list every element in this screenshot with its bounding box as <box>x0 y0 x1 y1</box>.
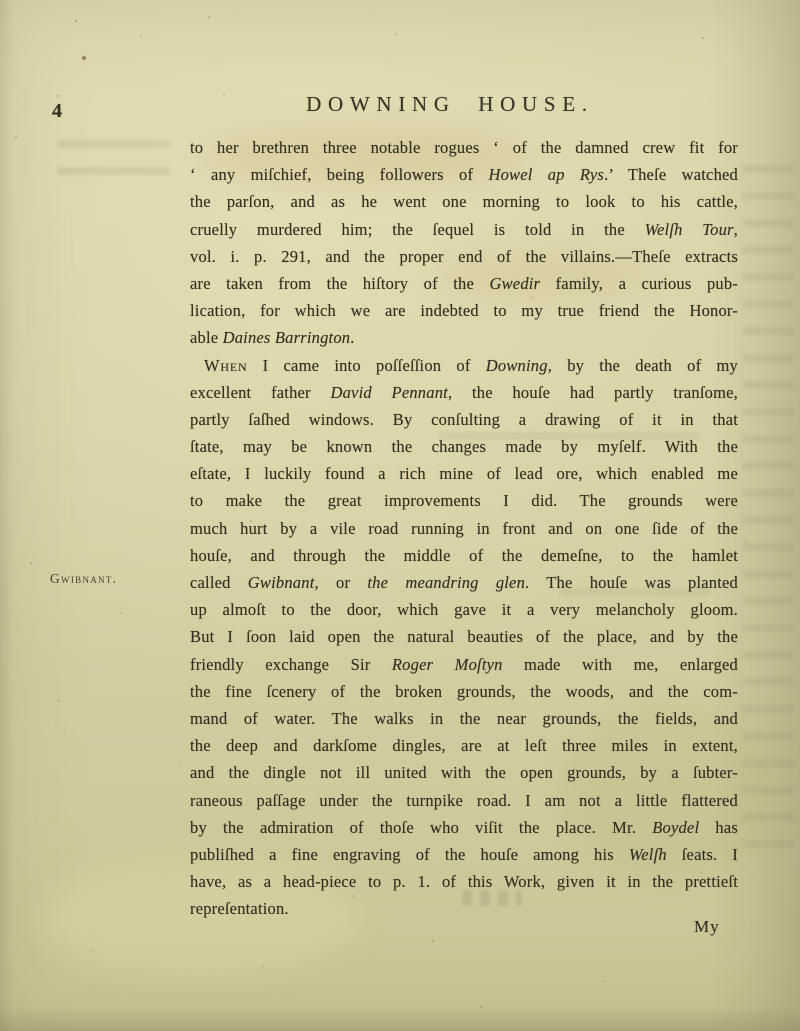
foxing-speckles <box>0 0 2 2</box>
margin-note: Gwibnant. <box>50 571 117 587</box>
text-line: partly ſaſhed windows. By conſulting a d… <box>190 406 738 433</box>
text-line: the deep and darkſome dingles, are at le… <box>190 732 738 759</box>
text-line: vol. i. p. 291, and the proper end of th… <box>190 243 738 270</box>
text-line: But I ſoon laid open the natural beautie… <box>190 623 738 650</box>
text-line: repreſentation. <box>190 895 738 922</box>
book-page: 4 DOWNING HOUSE. Gwibnant. to her brethr… <box>0 0 800 1031</box>
text-line: the fine ſcenery of the broken grounds, … <box>190 678 738 705</box>
text-line: ‘ any miſchief, being followers of Howel… <box>190 161 738 188</box>
showthrough-ghost <box>58 140 170 188</box>
text-line: able Daines Barrington. <box>190 324 738 351</box>
text-line: houſe, and through the middle of the dem… <box>190 542 738 569</box>
text-line: are taken from the hiſtory of the Gwedir… <box>190 270 738 297</box>
text-line: friendly exchange Sir Roger Moſtyn made … <box>190 651 738 678</box>
text-line: have, as a head-piece to p. 1. of this W… <box>190 868 738 895</box>
text-line: called Gwibnant, or the meandring glen. … <box>190 569 738 596</box>
text-line: up almoſt to the door, which gave it a v… <box>190 596 738 623</box>
text-line: cruelly murdered him; the ſequel is told… <box>190 216 738 243</box>
text-line: much hurt by a vile road running in fron… <box>190 515 738 542</box>
text-line: mand of water. The walks in the near gro… <box>190 705 738 732</box>
text-line: excellent father David Pennant, the houſ… <box>190 379 738 406</box>
text-line: raneous paſſage under the turnpike road.… <box>190 787 738 814</box>
body-text: to her brethren three notable rogues ‘ o… <box>190 134 738 922</box>
text-line: and the dingle not ill united with the o… <box>190 759 738 786</box>
text-line: to her brethren three notable rogues ‘ o… <box>190 134 738 161</box>
text-line: the parſon, and as he went one morning t… <box>190 188 738 215</box>
text-line: When I came into poſſeſſion of Downing, … <box>190 352 738 379</box>
text-line: publiſhed a fine engraving of the houſe … <box>190 841 738 868</box>
text-line: ſtate, may be known the changes made by … <box>190 433 738 460</box>
showthrough-ghost <box>742 165 794 855</box>
text-line: lication, for which we are indebted to m… <box>190 297 738 324</box>
text-line: to make the great improvements I did. Th… <box>190 487 738 514</box>
text-line: eſtate, I luckily found a rich mine of l… <box>190 460 738 487</box>
catchword: My <box>694 917 720 937</box>
page-number: 4 <box>52 100 63 123</box>
text-line: by the admiration of thoſe who viſit the… <box>190 814 738 841</box>
running-head: DOWNING HOUSE. <box>170 92 730 117</box>
